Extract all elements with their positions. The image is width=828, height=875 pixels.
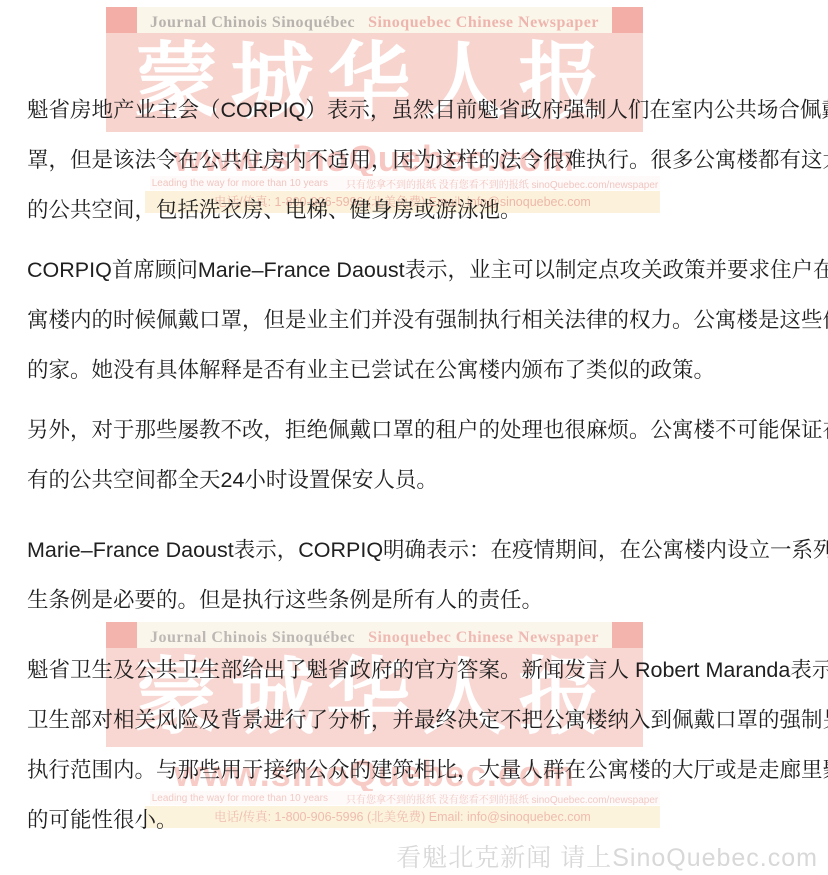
text-line: 生条例是必要的。但是执行这些条例是所有人的责任。 [27,575,828,625]
paragraph-4: Marie–France Daoust表示，CORPIQ明确表示：在疫情期间，在… [27,525,828,625]
text-line: 魁省卫生及公共卫生部给出了魁省政府的官方答案。新闻发言人 Robert Mara… [27,645,828,695]
text-line: 有的公共空间都全天24小时设置保安人员。 [27,455,828,505]
text-line: 的家。她没有具体解释是否有业主已尝试在公寓楼内颁布了类似的政策。 [27,345,828,395]
article-body: 魁省房地产业主会（CORPIQ）表示，虽然目前魁省政府强制人们在室内公共场合佩戴… [0,0,828,875]
text-line: 执行范围内。与那些用于接纳公众的建筑相比，大量人群在公寓楼的大厅或是走廊里聚集 [27,745,828,795]
paragraph-3: 另外，对于那些屡教不改，拒绝佩戴口罩的租户的处理也很麻烦。公寓楼不可能保证在所 … [27,405,828,505]
paragraph-5: 魁省卫生及公共卫生部给出了魁省政府的官方答案。新闻发言人 Robert Mara… [27,645,828,845]
text-line: 罩，但是该法令在公共住房内不适用，因为这样的法令很难执行。很多公寓楼都有这大量 [27,135,828,185]
text-line: Marie–France Daoust表示，CORPIQ明确表示：在疫情期间，在… [27,525,828,575]
text-line: 另外，对于那些屡教不改，拒绝佩戴口罩的租户的处理也很麻烦。公寓楼不可能保证在所 [27,405,828,455]
paragraph-2: CORPIQ首席顾问Marie–France Daoust表示，业主可以制定点攻… [27,245,828,395]
text-line: 卫生部对相关风险及背景进行了分析，并最终决定不把公寓楼纳入到佩戴口罩的强制另的 [27,695,828,745]
text-line: 的公共空间，包括洗衣房、电梯、健身房或游泳池。 [27,185,828,235]
text-line: 魁省房地产业主会（CORPIQ）表示，虽然目前魁省政府强制人们在室内公共场合佩戴… [27,85,828,135]
paragraph-1: 魁省房地产业主会（CORPIQ）表示，虽然目前魁省政府强制人们在室内公共场合佩戴… [27,85,828,235]
footer-promo-text: 看魁北克新闻 请上SinoQuebec.com [396,838,818,874]
text-line: 寓楼内的时候佩戴口罩，但是业主们并没有强制执行相关法律的权力。公寓楼是这些住户 [27,295,828,345]
text-line: CORPIQ首席顾问Marie–France Daoust表示，业主可以制定点攻… [27,245,828,295]
